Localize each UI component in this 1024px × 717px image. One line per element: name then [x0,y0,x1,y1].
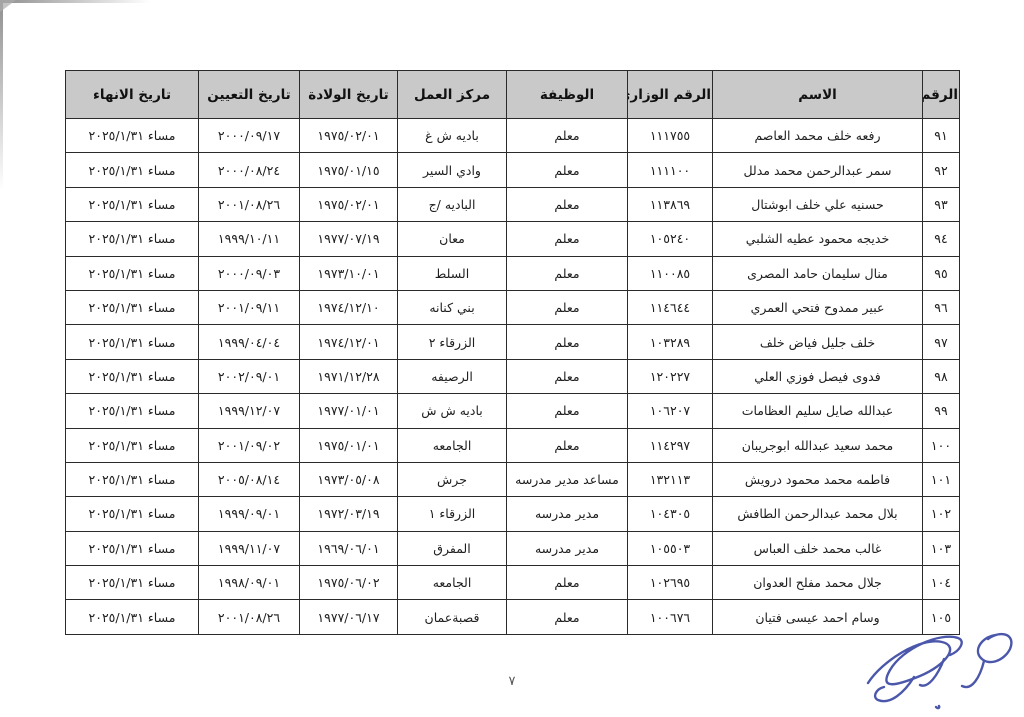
table-row: ٩٩ عبدالله صايل سليم العظامات ١٠٦٢٠٧ معل… [66,394,960,428]
cell-job: معلم [507,290,628,324]
cell-birth-date: ١٩٧٥/٠٢/٠١ [300,187,398,221]
employees-table-wrap: الرقم الاسم الرقم الوزاري الوظيفة مركز ا… [66,70,960,635]
cell-appointment-date: ١٩٩٩/١١/٠٧ [199,531,300,565]
cell-ministerial-number: ١٠٦٢٠٧ [628,394,713,428]
cell-birth-date: ١٩٧٧/٠١/٠١ [300,394,398,428]
cell-seq: ٩٧ [923,325,960,359]
table-header: الرقم الاسم الرقم الوزاري الوظيفة مركز ا… [66,71,960,119]
cell-work-center: المفرق [398,531,507,565]
cell-work-center: الجامعه [398,566,507,600]
cell-name: فدوى فيصل فوزي العلي [713,359,923,393]
cell-birth-date: ١٩٧٥/٠١/١٥ [300,153,398,187]
column-header-work-center: مركز العمل [398,71,507,119]
cell-appointment-date: ٢٠٠١/٠٨/٢٦ [199,187,300,221]
cell-job: معلم [507,153,628,187]
sheet: الرقم الاسم الرقم الوزاري الوظيفة مركز ا… [0,0,1024,717]
cell-job: معلم [507,600,628,634]
cell-end-date: مساء ٢٠٢٥/١/٣١ [66,566,199,600]
cell-seq: ٩٩ [923,394,960,428]
cell-seq: ١٠٤ [923,566,960,600]
cell-job: مدير مدرسه [507,497,628,531]
table-row: ١٠٣ غالب محمد خلف العباس ١٠٥٥٠٣ مدير مدر… [66,531,960,565]
cell-birth-date: ١٩٧٤/١٢/٠١ [300,325,398,359]
cell-end-date: مساء ٢٠٢٥/١/٣١ [66,290,199,324]
cell-name: حسنيه علي خلف ابوشتال [713,187,923,221]
cell-appointment-date: ٢٠٠٠/٠٩/١٧ [199,119,300,153]
cell-name: خلف جليل فياض خلف [713,325,923,359]
cell-birth-date: ١٩٧٥/٠٢/٠١ [300,119,398,153]
table-row: ٩٤ خديجه محمود عطيه الشلبي ١٠٥٢٤٠ معلم م… [66,222,960,256]
handwritten-signature [848,623,1024,717]
employees-table: الرقم الاسم الرقم الوزاري الوظيفة مركز ا… [65,70,960,635]
cell-job: معلم [507,566,628,600]
table-row: ١٠٢ بلال محمد عبدالرحمن الطافش ١٠٤٣٠٥ مد… [66,497,960,531]
cell-name: رفعه خلف محمد العاصم [713,119,923,153]
column-header-seq: الرقم [923,71,960,119]
cell-birth-date: ١٩٧٤/١٢/١٠ [300,290,398,324]
table-row: ٩٣ حسنيه علي خلف ابوشتال ١١٣٨٦٩ معلم الب… [66,187,960,221]
cell-end-date: مساء ٢٠٢٥/١/٣١ [66,119,199,153]
table-row: ١٠٠ محمد سعيد عبدالله ابوجريبان ١١٤٢٩٧ م… [66,428,960,462]
cell-ministerial-number: ١١١٧٥٥ [628,119,713,153]
cell-end-date: مساء ٢٠٢٥/١/٣١ [66,462,199,496]
cell-birth-date: ١٩٧٣/١٠/٠١ [300,256,398,290]
cell-job: معلم [507,394,628,428]
cell-ministerial-number: ١١٤٢٩٧ [628,428,713,462]
cell-work-center: وادي السير [398,153,507,187]
cell-seq: ٩٢ [923,153,960,187]
cell-name: عبدالله صايل سليم العظامات [713,394,923,428]
cell-ministerial-number: ١٢٠٢٢٧ [628,359,713,393]
cell-end-date: مساء ٢٠٢٥/١/٣١ [66,428,199,462]
cell-job: معلم [507,222,628,256]
cell-end-date: مساء ٢٠٢٥/١/٣١ [66,394,199,428]
cell-ministerial-number: ١٠٤٣٠٥ [628,497,713,531]
scanned-page: { "page": { "number": "٧" }, "table": { … [0,0,1024,717]
cell-end-date: مساء ٢٠٢٥/١/٣١ [66,187,199,221]
cell-end-date: مساء ٢٠٢٥/١/٣١ [66,222,199,256]
cell-job: معلم [507,119,628,153]
cell-appointment-date: ١٩٩٨/٠٩/٠١ [199,566,300,600]
cell-work-center: الباديه /ج [398,187,507,221]
table-row: ٩٧ خلف جليل فياض خلف ١٠٣٢٨٩ معلم الزرقاء… [66,325,960,359]
cell-seq: ٩١ [923,119,960,153]
scan-corner-artifact [0,0,16,12]
table-row: ١٠٤ جلال محمد مفلح العدوان ١٠٢٦٩٥ معلم ا… [66,566,960,600]
cell-appointment-date: ١٩٩٩/٠٩/٠١ [199,497,300,531]
column-header-birth-date: تاريخ الولادة [300,71,398,119]
cell-work-center: باديه ش ش [398,394,507,428]
cell-ministerial-number: ١٠٢٦٩٥ [628,566,713,600]
cell-ministerial-number: ١٠٣٢٨٩ [628,325,713,359]
cell-work-center: السلط [398,256,507,290]
cell-work-center: الجامعه [398,428,507,462]
table-row: ٩٨ فدوى فيصل فوزي العلي ١٢٠٢٢٧ معلم الرص… [66,359,960,393]
cell-appointment-date: ٢٠٠١/٠٩/٠٢ [199,428,300,462]
cell-seq: ٩٥ [923,256,960,290]
cell-name: بلال محمد عبدالرحمن الطافش [713,497,923,531]
cell-birth-date: ١٩٧٢/٠٣/١٩ [300,497,398,531]
table-row: ٩٦ عبير ممدوح فتحي العمري ١١٤٦٤٤ معلم بن… [66,290,960,324]
cell-birth-date: ١٩٧٣/٠٥/٠٨ [300,462,398,496]
cell-birth-date: ١٩٧٧/٠٦/١٧ [300,600,398,634]
table-row: ٩١ رفعه خلف محمد العاصم ١١١٧٥٥ معلم بادي… [66,119,960,153]
cell-name: جلال محمد مفلح العدوان [713,566,923,600]
cell-ministerial-number: ١١٠٠٨٥ [628,256,713,290]
cell-job: مدير مدرسه [507,531,628,565]
cell-end-date: مساء ٢٠٢٥/١/٣١ [66,359,199,393]
cell-birth-date: ١٩٧١/١٢/٢٨ [300,359,398,393]
header-row: الرقم الاسم الرقم الوزاري الوظيفة مركز ا… [66,71,960,119]
cell-birth-date: ١٩٧٥/٠١/٠١ [300,428,398,462]
cell-appointment-date: ١٩٩٩/٠٤/٠٤ [199,325,300,359]
table-row: ١٠٥ وسام احمد عيسى فتيان ١٠٠٦٧٦ معلم قصب… [66,600,960,634]
cell-birth-date: ١٩٦٩/٠٦/٠١ [300,531,398,565]
cell-work-center: الزرقاء ٢ [398,325,507,359]
column-header-end-date: تاريخ الانهاء [66,71,199,119]
cell-work-center: معان [398,222,507,256]
cell-name: منال سليمان حامد المصرى [713,256,923,290]
cell-ministerial-number: ١٣٢١١٣ [628,462,713,496]
cell-ministerial-number: ١١١١٠٠ [628,153,713,187]
table-body: ٩١ رفعه خلف محمد العاصم ١١١٧٥٥ معلم بادي… [66,119,960,635]
cell-appointment-date: ١٩٩٩/١٢/٠٧ [199,394,300,428]
cell-work-center: جرش [398,462,507,496]
cell-ministerial-number: ١١٣٨٦٩ [628,187,713,221]
cell-appointment-date: ١٩٩٩/١٠/١١ [199,222,300,256]
cell-end-date: مساء ٢٠٢٥/١/٣١ [66,600,199,634]
cell-ministerial-number: ١٠٥٥٠٣ [628,531,713,565]
cell-end-date: مساء ٢٠٢٥/١/٣١ [66,325,199,359]
cell-name: سمر عبدالرحمن محمد مدلل [713,153,923,187]
cell-appointment-date: ٢٠٠٥/٠٨/١٤ [199,462,300,496]
cell-work-center: قصبةعمان [398,600,507,634]
cell-seq: ١٠٢ [923,497,960,531]
cell-seq: ٩٤ [923,222,960,256]
cell-birth-date: ١٩٧٥/٠٦/٠٢ [300,566,398,600]
cell-job: مساعد مدير مدرسه [507,462,628,496]
cell-job: معلم [507,187,628,221]
cell-end-date: مساء ٢٠٢٥/١/٣١ [66,256,199,290]
cell-job: معلم [507,256,628,290]
cell-name: عبير ممدوح فتحي العمري [713,290,923,324]
table-row: ١٠١ فاطمه محمد محمود درويش ١٣٢١١٣ مساعد … [66,462,960,496]
cell-work-center: باديه ش غ [398,119,507,153]
table-row: ٩٥ منال سليمان حامد المصرى ١١٠٠٨٥ معلم ا… [66,256,960,290]
cell-ministerial-number: ١٠٠٦٧٦ [628,600,713,634]
cell-seq: ٩٨ [923,359,960,393]
cell-end-date: مساء ٢٠٢٥/١/٣١ [66,153,199,187]
column-header-appointment-date: تاريخ التعيين [199,71,300,119]
cell-appointment-date: ٢٠٠٠/٠٨/٢٤ [199,153,300,187]
column-header-ministerial-number: الرقم الوزاري [628,71,713,119]
cell-appointment-date: ٢٠٠١/٠٨/٢٦ [199,600,300,634]
cell-seq: ٩٣ [923,187,960,221]
cell-name: محمد سعيد عبدالله ابوجريبان [713,428,923,462]
cell-birth-date: ١٩٧٧/٠٧/١٩ [300,222,398,256]
cell-appointment-date: ٢٠٠٠/٠٩/٠٣ [199,256,300,290]
cell-seq: ١٠٣ [923,531,960,565]
cell-ministerial-number: ١٠٥٢٤٠ [628,222,713,256]
cell-job: معلم [507,325,628,359]
cell-seq: ١٠١ [923,462,960,496]
cell-job: معلم [507,359,628,393]
column-header-job: الوظيفة [507,71,628,119]
cell-seq: ٩٦ [923,290,960,324]
cell-name: خديجه محمود عطيه الشلبي [713,222,923,256]
cell-name: فاطمه محمد محمود درويش [713,462,923,496]
cell-job: معلم [507,428,628,462]
cell-appointment-date: ٢٠٠٢/٠٩/٠١ [199,359,300,393]
cell-name: غالب محمد خلف العباس [713,531,923,565]
cell-end-date: مساء ٢٠٢٥/١/٣١ [66,531,199,565]
scan-edge-left [0,0,3,190]
column-header-name: الاسم [713,71,923,119]
cell-work-center: الزرقاء ١ [398,497,507,531]
cell-ministerial-number: ١١٤٦٤٤ [628,290,713,324]
table-row: ٩٢ سمر عبدالرحمن محمد مدلل ١١١١٠٠ معلم و… [66,153,960,187]
cell-work-center: الرصيفه [398,359,507,393]
cell-end-date: مساء ٢٠٢٥/١/٣١ [66,497,199,531]
scan-edge-top [0,0,150,3]
cell-work-center: بني كنانه [398,290,507,324]
cell-seq: ١٠٠ [923,428,960,462]
cell-appointment-date: ٢٠٠١/٠٩/١١ [199,290,300,324]
